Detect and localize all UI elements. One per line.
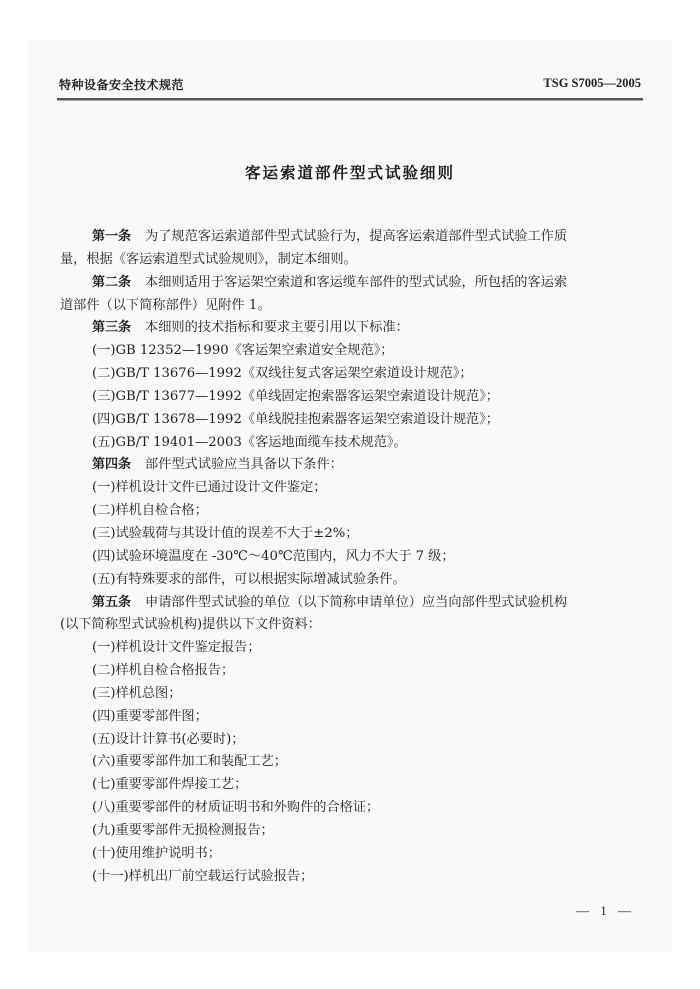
article-label: 第三条 — [92, 320, 131, 335]
document-title: 客运索道部件型式试验细则 — [0, 161, 700, 183]
article-5-line-2: (以下简称型式试验机构)提供以下文件资料： — [60, 614, 645, 637]
article-text: 为了规范客运索道部件型式试验行为，提高客运索道部件型式试验工作质 — [145, 229, 567, 244]
list-item: (一)样机设计文件鉴定报告； — [60, 637, 645, 660]
article-2-line-1: 第二条本细则适用于客运架空索道和客运缆车部件的型式试验，所包括的客运索 — [60, 272, 645, 295]
list-item: (十)使用维护说明书； — [60, 843, 645, 866]
list-item: (五)设计计算书(必要时)； — [60, 729, 645, 752]
header-series-title: 特种设备安全技术规范 — [59, 76, 184, 93]
article-text: 本细则适用于客运架空索道和客运缆车部件的型式试验，所包括的客运索 — [145, 275, 567, 290]
article-5-line-1: 第五条申请部件型式试验的单位（以下简称申请单位）应当向部件型式试验机构 — [60, 592, 645, 615]
list-item: (二)GB/T 13676—1992《双线往复式客运架空索道设计规范》； — [60, 363, 645, 386]
list-item: (四)重要零部件图； — [60, 706, 645, 729]
list-item: (九)重要零部件无损检测报告； — [60, 820, 645, 843]
article-4-line-1: 第四条部件型式试验应当具备以下条件： — [60, 454, 645, 477]
list-item: (五)有特殊要求的部件，可以根据实际增减试验条件。 — [60, 569, 645, 592]
list-item: (二)样机自检合格； — [60, 500, 645, 523]
header-rule — [57, 98, 643, 101]
list-item: (四)试验环境温度在 -30℃～40℃范围内，风力不大于 7 级； — [60, 546, 645, 569]
article-1-line-2: 量，根据《客运索道型式试验规则》，制定本细则。 — [60, 249, 645, 272]
list-item: (三)试验载荷与其设计值的误差不大于±2%； — [60, 523, 645, 546]
list-item: (一)GB 12352—1990《客运架空索道安全规范》； — [60, 340, 645, 363]
article-text: 申请部件型式试验的单位（以下简称申请单位）应当向部件型式试验机构 — [145, 595, 567, 610]
article-label: 第四条 — [92, 457, 131, 472]
page-number: — 1 — — [576, 903, 635, 919]
running-header: 特种设备安全技术规范 TSG S7005—2005 — [59, 76, 641, 96]
article-3-line-1: 第三条本细则的技术指标和要求主要引用以下标准： — [60, 317, 645, 340]
list-item: (十一)样机出厂前空载运行试验报告； — [60, 866, 645, 889]
list-item: (五)GB/T 19401—2003《客运地面缆车技术规范》。 — [60, 432, 645, 455]
article-2-line-2: 道部件（以下简称部件）见附件 1。 — [60, 295, 645, 318]
list-item: (八)重要零部件的材质证明书和外购件的合格证； — [60, 797, 645, 820]
header-standard-code: TSG S7005—2005 — [543, 76, 641, 91]
list-item: (一)样机设计文件已通过设计文件鉴定； — [60, 477, 645, 500]
article-text: 本细则的技术指标和要求主要引用以下标准： — [145, 320, 409, 335]
list-item: (六)重要零部件加工和装配工艺； — [60, 751, 645, 774]
article-label: 第五条 — [92, 595, 131, 610]
article-label: 第二条 — [92, 275, 131, 290]
article-label: 第一条 — [92, 229, 131, 244]
article-1-line-1: 第一条为了规范客运索道部件型式试验行为，提高客运索道部件型式试验工作质 — [60, 226, 645, 249]
list-item: (四)GB/T 13678—1992《单线脱挂抱索器客运架空索道设计规范》； — [60, 409, 645, 432]
list-item: (三)样机总图； — [60, 683, 645, 706]
article-text: 部件型式试验应当具备以下条件： — [145, 457, 343, 472]
list-item: (七)重要零部件焊接工艺； — [60, 774, 645, 797]
list-item: (三)GB/T 13677—1992《单线固定抱索器客运架空索道设计规范》； — [60, 386, 645, 409]
list-item: (二)样机自检合格报告； — [60, 660, 645, 683]
document-body: 第一条为了规范客运索道部件型式试验行为，提高客运索道部件型式试验工作质 量，根据… — [60, 226, 645, 888]
